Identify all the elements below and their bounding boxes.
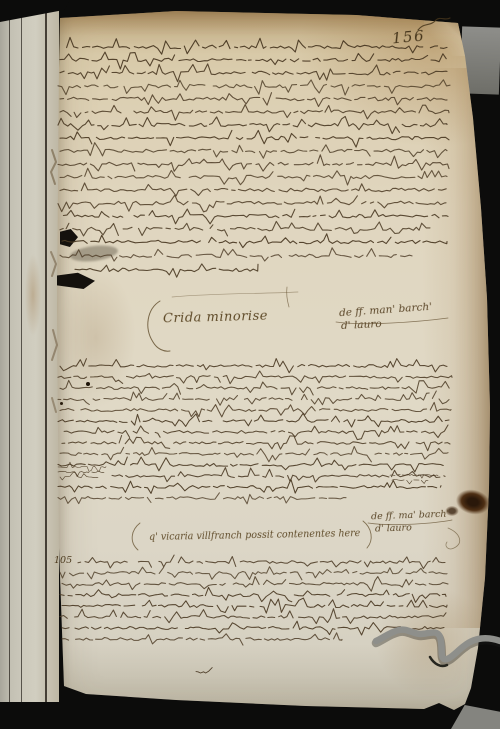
ink-dot-2 bbox=[60, 402, 63, 405]
gutter-page-edge-1 bbox=[0, 6, 10, 702]
gutter-page-edge-2 bbox=[10, 6, 22, 702]
ink-dot-1 bbox=[86, 382, 90, 386]
entry-number: 105 bbox=[54, 556, 72, 566]
gutter-page-edge-4 bbox=[47, 6, 59, 702]
gutter-page-edge-3 bbox=[22, 6, 47, 702]
folio-number: 156 bbox=[391, 29, 425, 47]
heading-crida: Crida minorise bbox=[163, 310, 268, 326]
margin-note-1-line-2: d' lauro bbox=[341, 319, 382, 332]
photo-backdrop: 156 Crida minorise de ff. man' barch' d'… bbox=[0, 0, 500, 729]
margin-note-2-line-1: de ff. ma' barch' bbox=[371, 510, 449, 522]
gutter-stain bbox=[22, 240, 44, 350]
page-vignette bbox=[56, 8, 492, 720]
manuscript-page bbox=[56, 8, 492, 720]
mat-corner bbox=[451, 705, 500, 729]
margin-note-2-line-2: d' lauro bbox=[375, 523, 412, 534]
